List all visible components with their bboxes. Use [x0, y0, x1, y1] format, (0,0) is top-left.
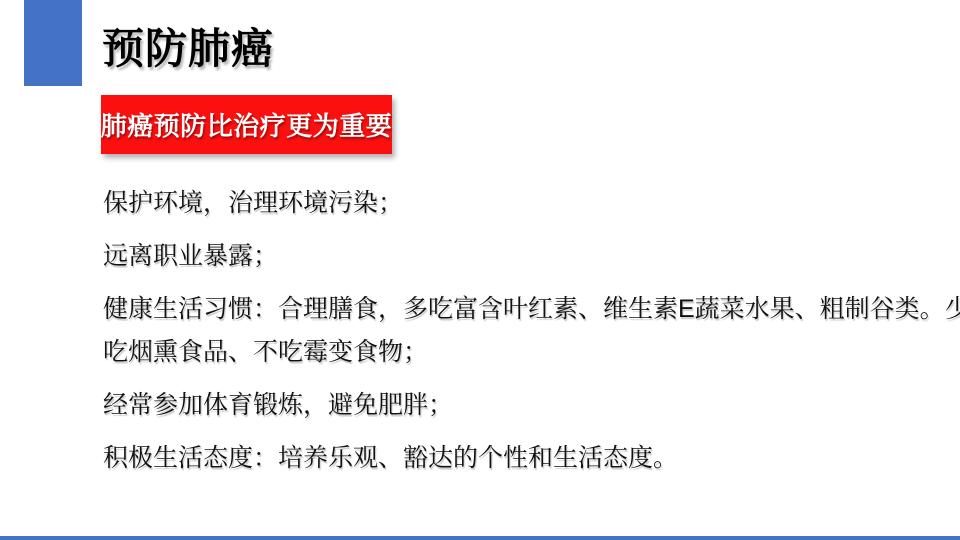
paragraph-exercise: 经常参加体育锻炼，避免肥胖； [103, 384, 959, 427]
paragraph-environment: 保护环境，治理环境污染； [103, 182, 959, 225]
paragraph-healthy-lifestyle: 健康生活习惯：合理膳食，多吃富含叶红素、维生素E蔬菜水果、粗制谷类。少 吃烟熏食… [103, 288, 959, 374]
bottom-accent-bar [0, 536, 960, 540]
paragraph-line: 健康生活习惯：合理膳食，多吃富含叶红素、维生素E蔬菜水果、粗制谷类。少 [103, 288, 959, 331]
paragraph-occupational-exposure: 远离职业暴露； [103, 235, 959, 278]
accent-square [24, 0, 82, 86]
paragraph-line: 积极生活态度：培养乐观、豁达的个性和生活态度。 [103, 437, 959, 480]
paragraph-line: 经常参加体育锻炼，避免肥胖； [103, 384, 959, 427]
paragraph-line: 吃烟熏食品、不吃霉变食物； [103, 331, 959, 374]
page-title: 预防肺癌 [102, 24, 274, 74]
subtitle-banner: 肺癌预防比治疗更为重要 [101, 95, 392, 154]
paragraph-positive-attitude: 积极生活态度：培养乐观、豁达的个性和生活态度。 [103, 437, 959, 480]
slide-canvas: 预防肺癌 肺癌预防比治疗更为重要 保护环境，治理环境污染； 远离职业暴露； 健康… [0, 0, 960, 540]
body-text-block: 保护环境，治理环境污染； 远离职业暴露； 健康生活习惯：合理膳食，多吃富含叶红素… [103, 182, 959, 490]
paragraph-line: 保护环境，治理环境污染； [103, 182, 959, 225]
paragraph-line: 远离职业暴露； [103, 235, 959, 278]
subtitle-banner-text: 肺癌预防比治疗更为重要 [101, 106, 393, 143]
